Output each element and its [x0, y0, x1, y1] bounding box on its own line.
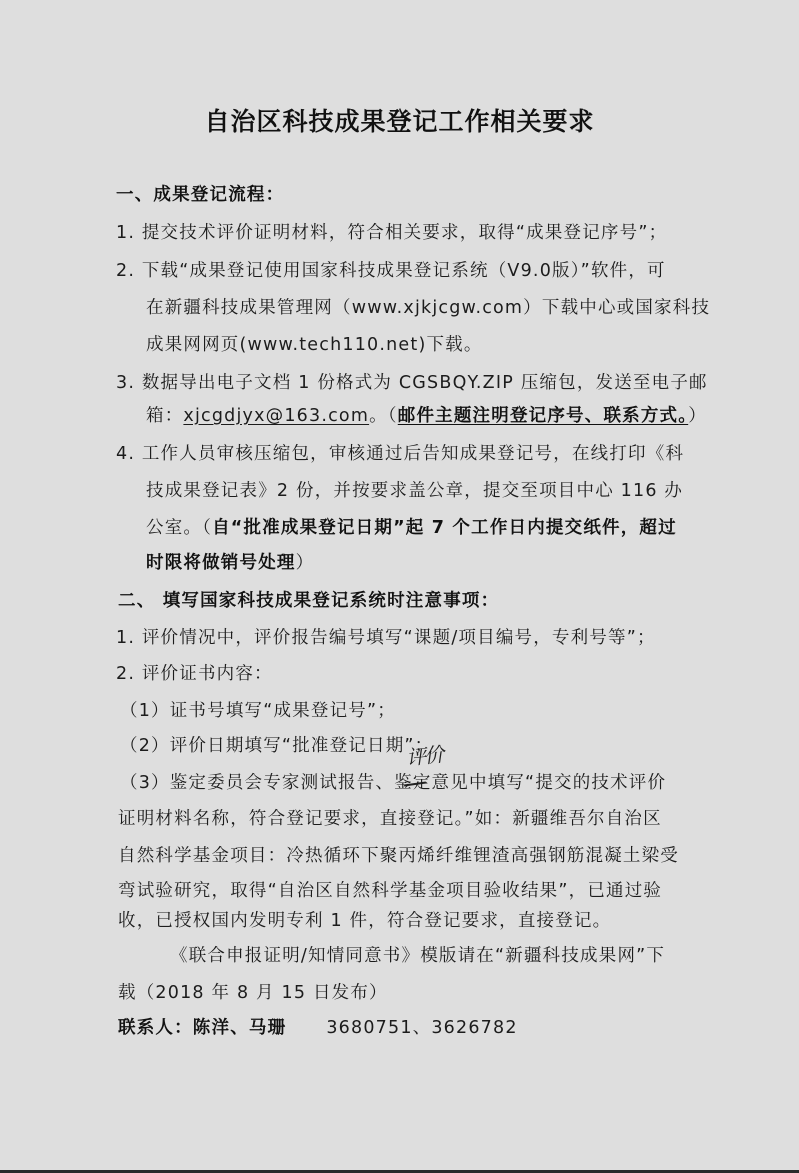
item4-paren-close: ） [296, 553, 315, 573]
email-link[interactable]: xjcgdjyx@163.com [183, 406, 369, 426]
template-note-line1: 《联合申报证明/知情同意书》模版请在“新疆科技成果网”下 [170, 945, 665, 967]
item4-line3-prefix: 公室。（ [146, 518, 212, 538]
section1-item4-line1: 4. 工作人员审核压缩包，审核通过后告知成果登记号，在线打印《科 [116, 443, 684, 465]
section2-sub3-line1: （3）鉴定委员会专家测试报告、鉴定意见中填写“提交的技术评价 [120, 772, 666, 794]
section2-sub2: （2）评价日期填写“批准登记日期”； [120, 735, 433, 757]
sub3-prefix: （3）鉴定委员会专家测试报告、 [120, 773, 394, 793]
section2-heading: 二、 填写国家科技成果登记系统时注意事项： [118, 590, 499, 612]
deadline-note-cont: 时限将做销号处理 [146, 553, 296, 573]
sub3-suffix: 意见中填写“提交的技术评价 [432, 773, 667, 793]
section1-heading: 一、成果登记流程： [116, 184, 284, 206]
document-title: 自治区科技成果登记工作相关要求 [0, 102, 799, 138]
section2-sub3-line5: 收，已授权国内发明专利 1 件，符合登记要求，直接登记。 [118, 910, 611, 932]
section2-item1: 1. 评价情况中，评价报告编号填写“课题/项目编号，专利号等”； [116, 627, 656, 649]
paren-open: 。（ [369, 406, 398, 426]
document-page: 自治区科技成果登记工作相关要求 一、成果登记流程： 1. 提交技术评价证明材料，… [0, 0, 799, 1173]
section2-item2: 2. 评价证书内容： [116, 663, 273, 685]
section1-item4-line3: 公室。（自“批准成果登记日期”起 7 个工作日内提交纸件，超过 [146, 517, 677, 539]
contact-phones: 3680751、3626782 [326, 1018, 517, 1038]
section1-item4-line4: 时限将做销号处理） [146, 552, 314, 574]
paren-close: ） [688, 406, 707, 426]
section2-sub1: （1）证书号填写“成果登记号”； [120, 700, 396, 722]
section1-item3-line1: 3. 数据导出电子文档 1 份格式为 CGSBQY.ZIP 压缩包，发送至电子邮 [116, 372, 708, 394]
contact-line: 联系人：陈洋、马珊3680751、3626782 [118, 1017, 518, 1039]
contact-label: 联系人：陈洋、马珊 [118, 1018, 286, 1038]
email-subject-note: 邮件主题注明登记序号、联系方式。 [398, 406, 688, 426]
section2-sub3-line4: 弯试验研究，取得“自治区自然科学基金项目验收结果”，已通过验 [118, 880, 662, 902]
section1-item3-line2: 箱：xjcgdjyx@163.com。（邮件主题注明登记序号、联系方式。） [146, 405, 707, 427]
template-note-line2: 载（2018 年 8 月 15 日发布） [118, 982, 388, 1004]
email-label: 箱： [146, 406, 183, 426]
section1-item2-line2: 在新疆科技成果管理网（www.xjkjcgw.com）下载中心或国家科技 [146, 297, 710, 319]
deadline-note: 自“批准成果登记日期”起 7 个工作日内提交纸件，超过 [212, 518, 677, 538]
struck-text: 鉴定 [394, 773, 431, 793]
section2-sub3-line2: 证明材料名称，符合登记要求，直接登记。”如：新疆维吾尔自治区 [118, 808, 662, 830]
section1-item4-line2: 技成果登记表》2 份，并按要求盖公章，提交至项目中心 116 办 [146, 480, 683, 502]
section1-item2-line3: 成果网网页(www.tech110.net)下载。 [146, 334, 483, 356]
section2-sub3-line3: 自然科学基金项目：冷热循环下聚丙烯纤维锂渣高强钢筋混凝土梁受 [118, 845, 679, 867]
handwritten-annotation: 评价 [405, 738, 444, 771]
section1-item1: 1. 提交技术评价证明材料，符合相关要求，取得“成果登记序号”； [116, 222, 667, 244]
section1-item2-line1: 2. 下载“成果登记使用国家科技成果登记系统（V9.0版）”软件，可 [116, 260, 666, 282]
